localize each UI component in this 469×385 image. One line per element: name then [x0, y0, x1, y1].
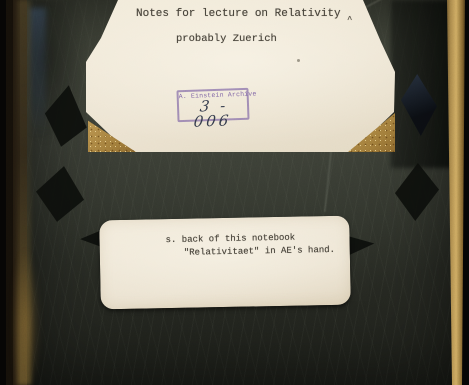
note-line-2: "Relativitaet" in AE's hand. [184, 245, 335, 258]
typed-subtitle-line: probably Zuerich [176, 33, 277, 45]
ink-speck [297, 59, 300, 62]
note-line-1: s. back of this notebook [165, 233, 295, 245]
bottom-paper-label: s. back of this notebook "Relativitaet" … [99, 216, 351, 310]
top-paper-label: Notes for lecture on Relativity ^ probab… [84, 0, 397, 152]
photograph: Notes for lecture on Relativity ^ probab… [0, 0, 469, 385]
stamp-number: 3 - 006 [178, 98, 249, 131]
typed-caret-mark: ^ [347, 15, 352, 25]
einstein-archive-stamp: A. Einstein Archive 3 - 006 [176, 88, 249, 122]
notebook-spine [0, 0, 27, 385]
typed-title-line: Notes for lecture on Relativity [136, 8, 341, 20]
spine-wear-patch [14, 250, 40, 385]
scratch-mark [324, 150, 332, 212]
